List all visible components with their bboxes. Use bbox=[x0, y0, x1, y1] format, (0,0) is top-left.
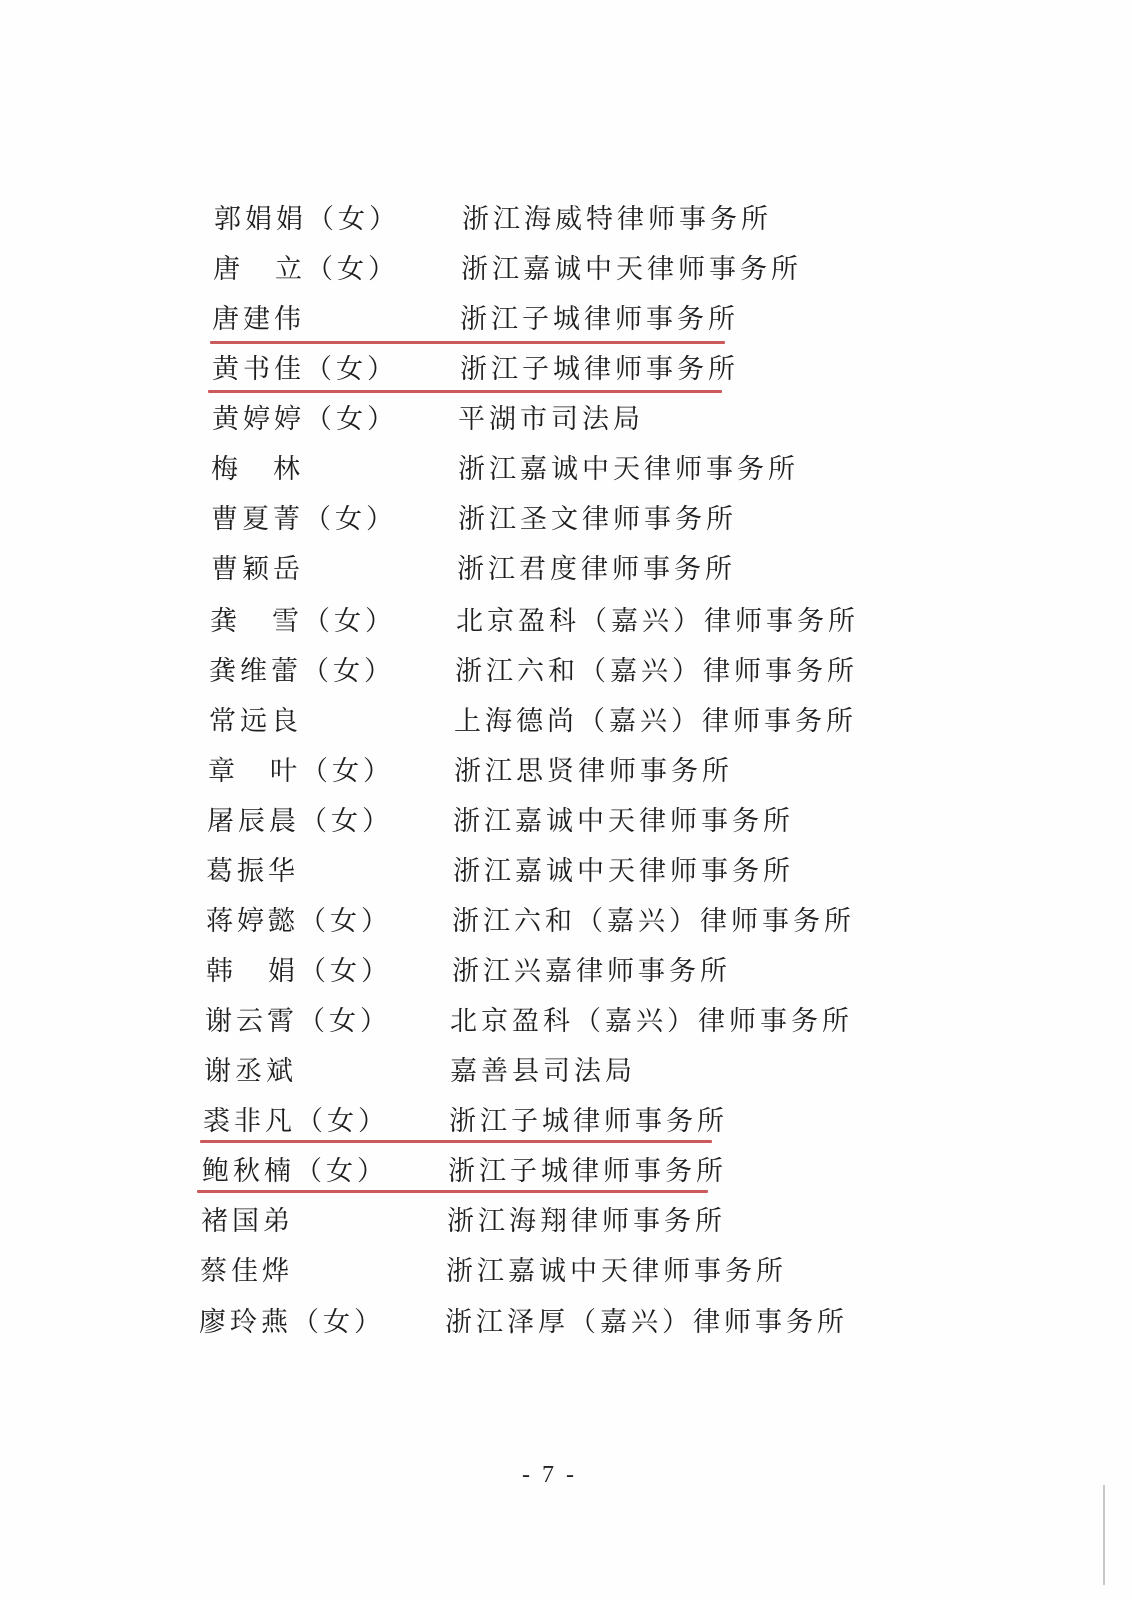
red-underline bbox=[210, 341, 725, 344]
organization: 平湖市司法局 bbox=[458, 400, 644, 440]
red-underline bbox=[200, 1140, 712, 1143]
organization: 浙江君度律师事务所 bbox=[457, 550, 736, 590]
red-underline bbox=[197, 1190, 708, 1193]
person-name: 黄婷婷（女） bbox=[212, 400, 398, 440]
organization: 浙江思贤律师事务所 bbox=[454, 752, 733, 792]
page-number: - 7 - bbox=[522, 1462, 577, 1489]
person-name: 屠辰晨（女） bbox=[207, 802, 393, 842]
organization: 浙江海威特律师事务所 bbox=[462, 200, 772, 240]
organization: 嘉善县司法局 bbox=[450, 1052, 636, 1092]
person-name: 蔡佳烨 bbox=[200, 1252, 293, 1292]
organization: 北京盈科（嘉兴）律师事务所 bbox=[450, 1002, 853, 1042]
organization: 浙江子城律师事务所 bbox=[460, 300, 739, 340]
organization: 浙江嘉诚中天律师事务所 bbox=[453, 802, 794, 842]
person-name: 廖玲燕（女） bbox=[199, 1303, 385, 1343]
person-name: 黄书佳（女） bbox=[212, 350, 398, 390]
organization: 浙江嘉诚中天律师事务所 bbox=[458, 450, 799, 490]
person-name: 鲍秋楠（女） bbox=[202, 1152, 388, 1192]
organization: 浙江子城律师事务所 bbox=[449, 1102, 728, 1142]
person-name: 郭娟娟（女） bbox=[214, 200, 400, 240]
person-name: 谢云霄（女） bbox=[205, 1002, 391, 1042]
organization: 浙江嘉诚中天律师事务所 bbox=[461, 250, 802, 290]
person-name: 章 叶（女） bbox=[208, 752, 394, 792]
person-name: 裘非凡（女） bbox=[203, 1102, 389, 1142]
person-name: 谢丞斌 bbox=[204, 1052, 297, 1092]
person-name: 龚 雪（女） bbox=[210, 602, 396, 642]
person-name: 韩 娟（女） bbox=[206, 952, 392, 992]
person-name: 梅 林 bbox=[211, 450, 304, 490]
organization: 浙江海翔律师事务所 bbox=[447, 1202, 726, 1242]
person-name: 曹颖岳 bbox=[211, 550, 304, 590]
person-name: 蒋婷懿（女） bbox=[206, 902, 392, 942]
organization: 浙江圣文律师事务所 bbox=[458, 500, 737, 540]
document-page: 郭娟娟（女） 浙江海威特律师事务所 唐 立（女） 浙江嘉诚中天律师事务所 唐建伟… bbox=[0, 0, 1132, 1600]
organization: 浙江子城律师事务所 bbox=[448, 1152, 727, 1192]
person-name: 唐建伟 bbox=[212, 300, 305, 340]
organization: 浙江嘉诚中天律师事务所 bbox=[446, 1252, 787, 1292]
person-name: 曹夏菁（女） bbox=[211, 500, 397, 540]
organization: 浙江六和（嘉兴）律师事务所 bbox=[455, 652, 858, 692]
person-name: 唐 立（女） bbox=[213, 250, 399, 290]
person-name: 葛振华 bbox=[206, 852, 299, 892]
red-underline bbox=[208, 390, 722, 393]
organization: 浙江泽厚（嘉兴）律师事务所 bbox=[445, 1303, 848, 1343]
organization: 上海德尚（嘉兴）律师事务所 bbox=[454, 702, 857, 742]
organization: 北京盈科（嘉兴）律师事务所 bbox=[456, 602, 859, 642]
person-name: 常远良 bbox=[209, 702, 302, 742]
person-name: 褚国弟 bbox=[201, 1202, 294, 1242]
organization: 浙江子城律师事务所 bbox=[460, 350, 739, 390]
organization: 浙江兴嘉律师事务所 bbox=[452, 952, 731, 992]
organization: 浙江六和（嘉兴）律师事务所 bbox=[452, 902, 855, 942]
scan-edge-line bbox=[1103, 1485, 1105, 1585]
organization: 浙江嘉诚中天律师事务所 bbox=[453, 852, 794, 892]
person-name: 龚维蕾（女） bbox=[209, 652, 395, 692]
